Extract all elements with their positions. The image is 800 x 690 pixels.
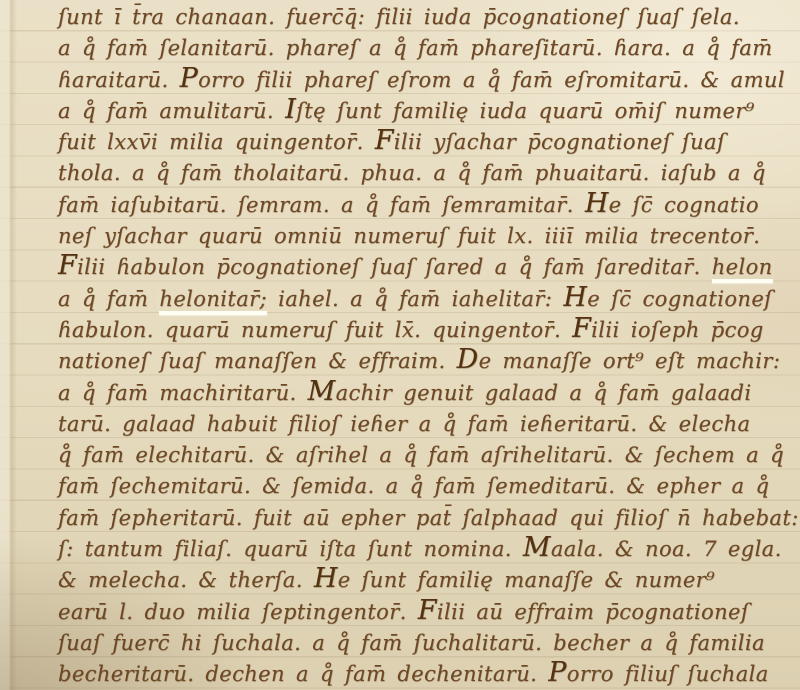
initial-letter: H bbox=[585, 188, 609, 219]
initial-letter: F bbox=[58, 250, 77, 281]
initial-letter: F bbox=[375, 125, 394, 156]
text-line: ſuaſ fuerc̄ hi ſuchala. a q̊ fam̄ ſuchal… bbox=[58, 628, 800, 659]
initial-letter: H bbox=[314, 563, 338, 594]
text-line: tarū. galaad habuit filioſ ieɦer a q̊ fa… bbox=[58, 409, 800, 440]
text-line: nationeſ ſuaſ manaſſen & effraim. De man… bbox=[58, 346, 800, 377]
text-line: a q̊ fam̄ ſelanitarū. phareſ a q̊ fam̄ p… bbox=[58, 33, 800, 64]
manuscript-page: ſunt ī t̄ra chanaan. fuerc̄q̄: filii iud… bbox=[0, 0, 800, 690]
text-line: ɦaraitarū. Porro filii phareſ eſrom a q̊… bbox=[58, 65, 800, 96]
text-line: q̊ fam̄ elechitarū. & aſrihel a q̊ fam̄ … bbox=[58, 440, 800, 471]
initial-letter: D bbox=[457, 344, 479, 375]
text-line: fam̄ ſepheritarū. fuit aū epher pat̄ ſal… bbox=[58, 503, 800, 534]
text-line: ſ: tantum filiaſ. quarū iſta ſunt nomina… bbox=[58, 534, 800, 565]
text-line: a q̊ fam̄ machiritarū. Machir genuit gal… bbox=[58, 378, 800, 409]
text-line: becheritarū. dechen a q̊ fam̄ dechenitar… bbox=[58, 659, 800, 690]
initial-letter: P bbox=[180, 63, 198, 94]
initial-letter: F bbox=[418, 595, 437, 626]
text-line: neſ yſachar quarū omniū numeruſ fuit lx.… bbox=[58, 221, 800, 252]
text-line: Filii ɦabulon p̄cognationeſ ſuaſ ſared a… bbox=[58, 252, 800, 283]
initial-letter: M bbox=[308, 376, 336, 407]
text-line: fam̄ iaſubitarū. ſemram. a q̊ fam̄ ſemra… bbox=[58, 190, 800, 221]
initial-letter: M bbox=[523, 532, 551, 563]
text-line: ɦabulon. quarū numeruſ fuit lx̄. quingen… bbox=[58, 315, 800, 346]
initial-letter: P bbox=[548, 657, 566, 688]
text-line: fam̄ ſechemitarū. & ſemida. a q̊ fam̄ ſe… bbox=[58, 471, 800, 502]
initial-letter: H bbox=[563, 282, 587, 313]
text-line: a q̊ fam̄ amulitarū. Iſtę ſunt familię i… bbox=[58, 96, 800, 127]
initial-letter: I bbox=[285, 94, 296, 125]
text-line: thola. a q̊ fam̄ tholaitarū. phua. a q̊ … bbox=[58, 158, 800, 189]
white-underlined-word: helon bbox=[712, 255, 773, 283]
initial-letter: F bbox=[572, 313, 591, 344]
text-line: fuit lxxv̄i milia quingentor̄. Filii yſa… bbox=[58, 127, 800, 158]
text-line: earū l. duo milia ſeptingentor̄. Filii a… bbox=[58, 597, 800, 628]
text-line: & melecha. & therſa. He ſunt familię man… bbox=[58, 565, 800, 596]
text-line: ſunt ī t̄ra chanaan. fuerc̄q̄: filii iud… bbox=[58, 2, 800, 33]
text-line: a q̊ fam̄ helonitar̄; iahel. a q̊ fam̄ i… bbox=[58, 284, 800, 315]
white-underlined-word: helonitar̄; bbox=[159, 287, 267, 315]
manuscript-text-block: ſunt ī t̄ra chanaan. fuerc̄q̄: filii iud… bbox=[58, 2, 800, 690]
